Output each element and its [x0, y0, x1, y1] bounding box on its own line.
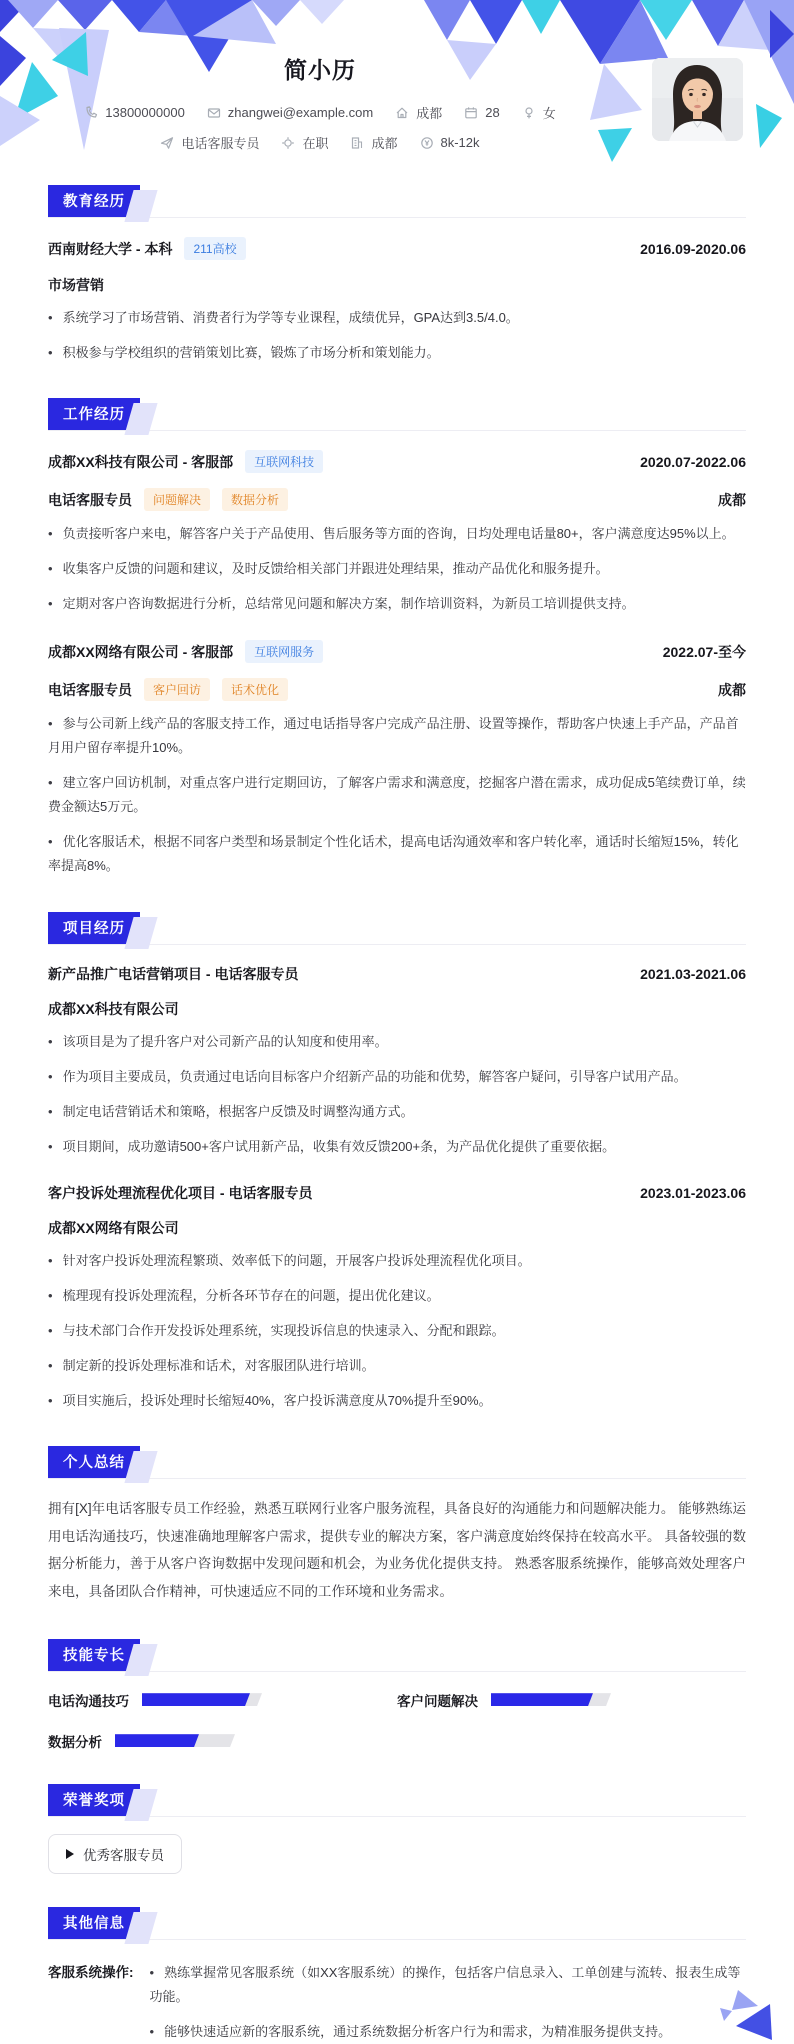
project-item-header: 客户投诉处理流程优化项目 - 电话客服专员 2023.01-2023.06 — [48, 1183, 746, 1203]
bullet-item: 收集客户反馈的问题和建议，及时反馈给相关部门并跟进处理结果，推动产品优化和服务提… — [48, 557, 746, 581]
bullet-item: 与技术部门合作开发投诉处理系统，实现投诉信息的快速录入、分配和跟踪。 — [48, 1319, 746, 1343]
contact-email: zhangwei@example.com — [207, 105, 373, 120]
work-role-row: 电话客服专员 客户回访 话术优化 成都 — [48, 678, 746, 701]
contact-row-1: 13800000000 zhangwei@example.com 成都 28 女 — [0, 103, 640, 122]
company-tag: 互联网科技 — [245, 450, 323, 473]
project-item-header: 新产品推广电话营销项目 - 电话客服专员 2021.03-2021.06 — [48, 964, 746, 984]
contact-email-text: zhangwei@example.com — [228, 105, 373, 120]
skill-item: 电话沟通技巧 — [48, 1690, 397, 1710]
project-date: 2023.01-2023.06 — [640, 1185, 746, 1201]
section-title-work: 工作经历 — [48, 398, 140, 430]
bullet-item: 制定新的投诉处理标准和话术，对客服团队进行培训。 — [48, 1354, 746, 1378]
project-item: 新产品推广电话营销项目 - 电话客服专员 2021.03-2021.06 成都X… — [48, 964, 746, 1159]
contact-gender-text: 女 — [543, 103, 556, 122]
work-item-header: 成都XX网络有限公司 - 客服部 互联网服务 2022.07-至今 — [48, 640, 746, 663]
section-head-other: 其他信息 — [48, 1907, 746, 1940]
skill-bar — [115, 1734, 235, 1747]
skills-grid: 电话沟通技巧 客户问题解决 数据分析 — [48, 1690, 746, 1751]
education-bullets: 系统学习了市场营销、消费者行为学等专业课程，成绩优异，GPA达到3.5/4.0。… — [48, 306, 746, 365]
role-tag: 问题解决 — [144, 488, 210, 511]
contact-age-text: 28 — [485, 105, 499, 120]
contact-phone-text: 13800000000 — [105, 105, 185, 120]
home-icon — [395, 106, 409, 120]
school-tag: 211高校 — [184, 237, 245, 260]
email-icon — [207, 106, 221, 120]
section-head-education: 教育经历 — [48, 185, 746, 218]
project-bullets: 针对客户投诉处理流程繁琐、效率低下的问题，开展客户投诉处理流程优化项目。 梳理现… — [48, 1249, 746, 1413]
section-title-other: 其他信息 — [48, 1907, 140, 1939]
phone-icon — [84, 106, 98, 120]
work-city: 成都 — [718, 490, 746, 510]
salary-icon — [420, 136, 434, 150]
other-info-bullets: 熟练掌握常见客服系统（如XX客服系统）的操作，包括客户信息录入、工单创建与流转、… — [150, 1950, 747, 2044]
resume-header: 简小历 13800000000 zhangwei@example.com 成都 … — [0, 0, 640, 152]
bullet-item: 能够快速适应新的客服系统，通过系统数据分析客户行为和需求，为精准服务提供支持。 — [150, 2020, 747, 2044]
bullet-item: 梳理现有投诉处理流程，分析各环节存在的问题，提出优化建议。 — [48, 1284, 746, 1308]
section-head-work: 工作经历 — [48, 398, 746, 431]
award-marker-icon — [66, 1849, 74, 1859]
contact-home-city: 成都 — [395, 103, 442, 122]
company-name: 成都XX科技有限公司 - 客服部 — [48, 452, 233, 472]
contact-salary-text: 8k-12k — [441, 135, 480, 150]
other-info-label: 客服系统操作: — [48, 1961, 134, 1986]
role-name: 电话客服专员 — [48, 490, 132, 510]
work-role-row: 电话客服专员 问题解决 数据分析 成都 — [48, 488, 746, 511]
company-city-icon — [350, 136, 364, 150]
project-date: 2021.03-2021.06 — [640, 966, 746, 982]
work-item: 成都XX网络有限公司 - 客服部 互联网服务 2022.07-至今 电话客服专员… — [48, 640, 746, 878]
contact-salary: 8k-12k — [420, 135, 480, 150]
contact-job-intention: 电话客服专员 — [160, 133, 259, 152]
skill-item: 客户问题解决 — [397, 1690, 746, 1710]
contact-row-2: 电话客服专员 在职 成都 8k-12k — [0, 133, 640, 152]
section-title-education: 教育经历 — [48, 185, 140, 217]
bullet-item: 作为项目主要成员，负责通过电话向目标客户介绍新产品的功能和优势，解答客户疑问，引… — [48, 1065, 746, 1089]
skill-label: 数据分析 — [48, 1731, 102, 1751]
work-bullets: 参与公司新上线产品的客服支持工作，通过电话指导客户完成产品注册、设置等操作，帮助… — [48, 712, 746, 878]
bullet-item: 熟练掌握常见客服系统（如XX客服系统）的操作，包括客户信息录入、工单创建与流转、… — [150, 1961, 747, 2009]
contact-status: 在职 — [281, 133, 328, 152]
role-tag: 数据分析 — [222, 488, 288, 511]
section-head-summary: 个人总结 — [48, 1446, 746, 1479]
contact-gender: 女 — [522, 103, 556, 122]
bullet-item: 该项目是为了提升客户对公司新产品的认知度和使用率。 — [48, 1030, 746, 1054]
section-title-honors: 荣誉奖项 — [48, 1784, 140, 1816]
bullet-item: 参与公司新上线产品的客服支持工作，通过电话指导客户完成产品注册、设置等操作，帮助… — [48, 712, 746, 760]
project-company: 成都XX网络有限公司 — [48, 1218, 746, 1238]
contact-job-intention-text: 电话客服专员 — [181, 133, 259, 152]
work-item-header: 成都XX科技有限公司 - 客服部 互联网科技 2020.07-2022.06 — [48, 450, 746, 473]
bullet-item: 定期对客户咨询数据进行分析，总结常见问题和解决方案，制作培训资料，为新员工培训提… — [48, 592, 746, 616]
profile-photo — [652, 58, 743, 141]
resume-body: 教育经历 西南财经大学 - 本科 211高校 2016.09-2020.06 市… — [0, 185, 794, 2044]
skill-label: 客户问题解决 — [397, 1690, 478, 1710]
work-date: 2020.07-2022.06 — [640, 454, 746, 470]
project-name: 新产品推广电话营销项目 - 电话客服专员 — [48, 964, 298, 984]
skill-bar-fill — [142, 1693, 250, 1706]
contact-status-text: 在职 — [302, 133, 328, 152]
section-head-skills: 技能专长 — [48, 1639, 746, 1672]
skill-bar — [142, 1693, 262, 1706]
skill-item: 数据分析 — [48, 1731, 397, 1751]
role-name: 电话客服专员 — [48, 680, 132, 700]
school-name: 西南财经大学 - 本科 — [48, 239, 172, 259]
section-head-projects: 项目经历 — [48, 912, 746, 945]
role-tag: 话术优化 — [222, 678, 288, 701]
status-icon — [281, 136, 295, 150]
bullet-item: 系统学习了市场营销、消费者行为学等专业课程，成绩优异，GPA达到3.5/4.0。 — [48, 306, 746, 330]
bullet-item: 制定电话营销话术和策略，根据客户反馈及时调整沟通方式。 — [48, 1100, 746, 1124]
major-name: 市场营销 — [48, 275, 746, 295]
other-info-row: 客服系统操作: 熟练掌握常见客服系统（如XX客服系统）的操作，包括客户信息录入、… — [48, 1950, 746, 2044]
project-name: 客户投诉处理流程优化项目 - 电话客服专员 — [48, 1183, 312, 1203]
honor-badge: 优秀客服专员 — [48, 1834, 182, 1874]
role-tag: 客户回访 — [144, 678, 210, 701]
gender-icon — [522, 106, 536, 120]
honor-label: 优秀客服专员 — [83, 1844, 164, 1864]
bullet-item: 建立客户回访机制，对重点客户进行定期回访，了解客户需求和满意度，挖掘客户潜在需求… — [48, 771, 746, 819]
section-title-projects: 项目经历 — [48, 912, 140, 944]
job-intention-icon — [160, 136, 174, 150]
summary-text: 拥有[X]年电话客服专员工作经验，熟悉互联网行业客户服务流程，具备良好的沟通能力… — [48, 1495, 746, 1606]
page-title: 简小历 — [0, 52, 640, 85]
project-bullets: 该项目是为了提升客户对公司新产品的认知度和使用率。 作为项目主要成员，负责通过电… — [48, 1030, 746, 1159]
education-item-header: 西南财经大学 - 本科 211高校 2016.09-2020.06 — [48, 237, 746, 260]
project-item: 客户投诉处理流程优化项目 - 电话客服专员 2023.01-2023.06 成都… — [48, 1183, 746, 1413]
section-title-skills: 技能专长 — [48, 1639, 140, 1671]
bullet-item: 优化客服话术，根据不同客户类型和场景制定个性化话术，提高电话沟通效率和客户转化率… — [48, 830, 746, 878]
section-head-honors: 荣誉奖项 — [48, 1784, 746, 1817]
project-company: 成都XX科技有限公司 — [48, 999, 746, 1019]
bullet-item: 项目实施后，投诉处理时长缩短40%，客户投诉满意度从70%提升至90%。 — [48, 1389, 746, 1413]
bullet-item: 负责接听客户来电，解答客户关于产品使用、售后服务等方面的咨询，日均处理电话量80… — [48, 522, 746, 546]
contact-age: 28 — [464, 105, 499, 120]
work-bullets: 负责接听客户来电，解答客户关于产品使用、售后服务等方面的咨询，日均处理电话量80… — [48, 522, 746, 616]
bullet-item: 项目期间，成功邀请500+客户试用新产品，收集有效反馈200+条，为产品优化提供… — [48, 1135, 746, 1159]
company-tag: 互联网服务 — [245, 640, 323, 663]
profile-photo-image — [652, 58, 743, 141]
bullet-item: 针对客户投诉处理流程繁琐、效率低下的问题，开展客户投诉处理流程优化项目。 — [48, 1249, 746, 1273]
contact-phone: 13800000000 — [84, 105, 185, 120]
work-item: 成都XX科技有限公司 - 客服部 互联网科技 2020.07-2022.06 电… — [48, 450, 746, 616]
section-title-summary: 个人总结 — [48, 1446, 140, 1478]
age-icon — [464, 106, 478, 120]
skill-bar-fill — [115, 1734, 199, 1747]
work-date: 2022.07-至今 — [663, 642, 746, 662]
contact-work-city: 成都 — [350, 133, 397, 152]
company-name: 成都XX网络有限公司 - 客服部 — [48, 642, 233, 662]
education-item: 西南财经大学 - 本科 211高校 2016.09-2020.06 市场营销 系… — [48, 237, 746, 365]
skill-bar — [491, 1693, 611, 1706]
skill-label: 电话沟通技巧 — [48, 1690, 129, 1710]
contact-home-city-text: 成都 — [416, 103, 442, 122]
education-date: 2016.09-2020.06 — [640, 241, 746, 257]
contact-work-city-text: 成都 — [371, 133, 397, 152]
skill-bar-fill — [491, 1693, 593, 1706]
bullet-item: 积极参与学校组织的营销策划比赛，锻炼了市场分析和策划能力。 — [48, 341, 746, 365]
work-city: 成都 — [718, 680, 746, 700]
